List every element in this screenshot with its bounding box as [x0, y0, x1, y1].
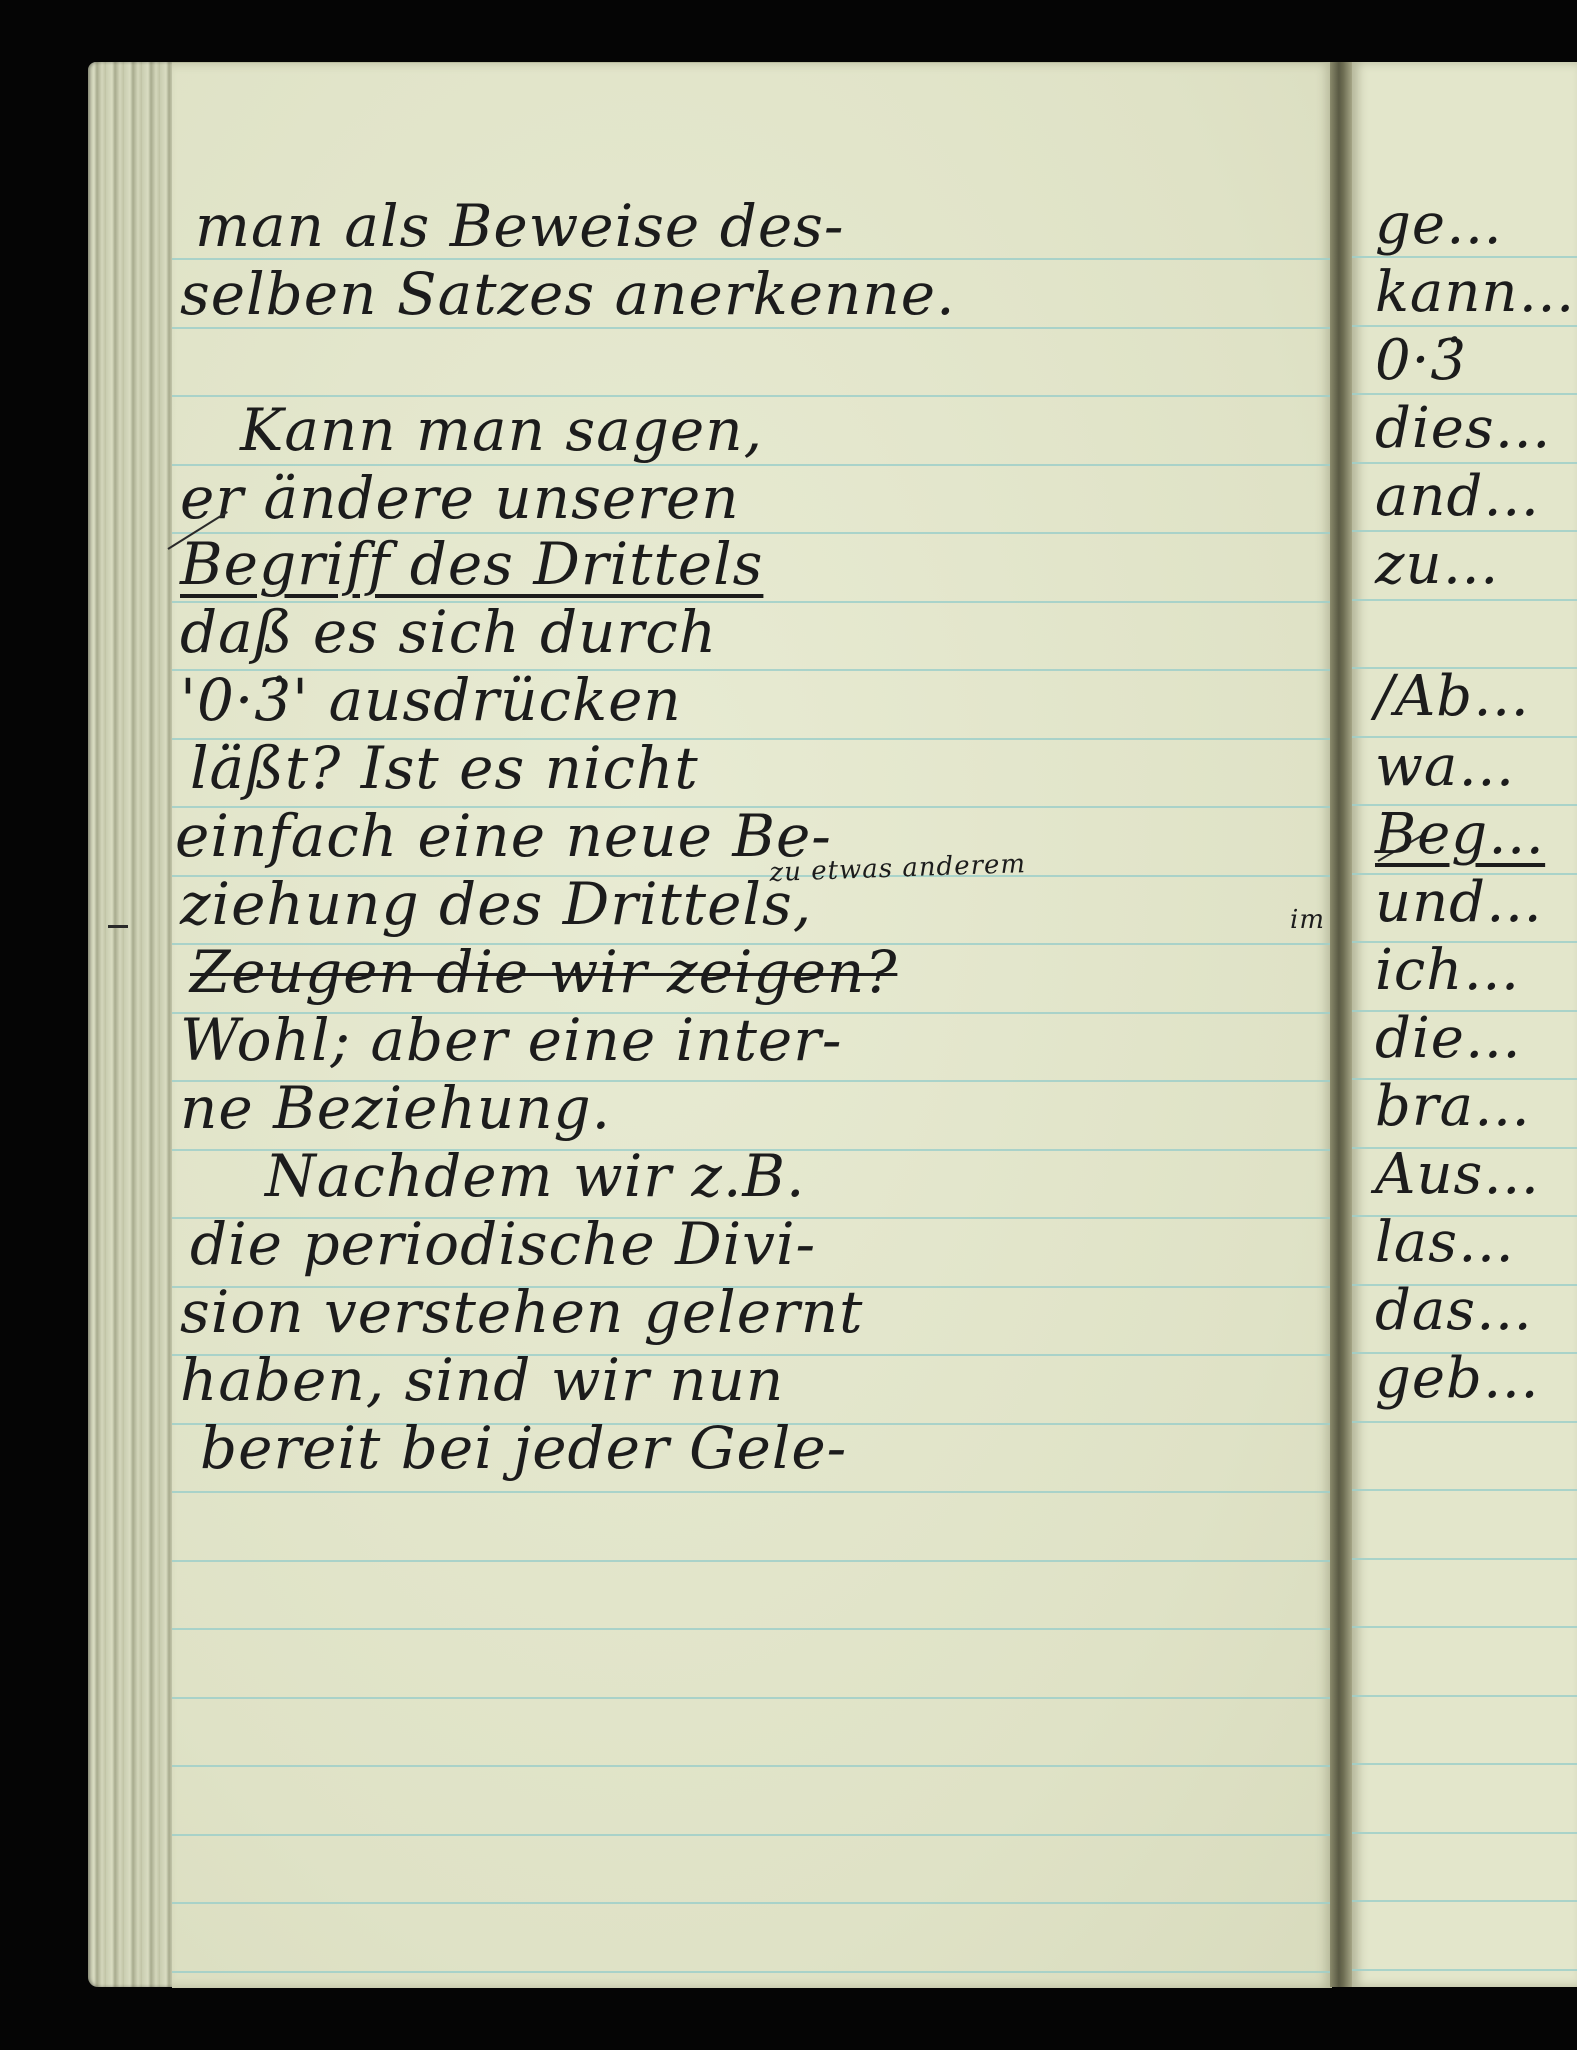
- handwriting-line-9: einfach eine neue Be-: [175, 802, 832, 870]
- right-page-line-9: Beg…: [1375, 802, 1545, 867]
- right-page-line-13: bra…: [1375, 1074, 1531, 1139]
- ruled-line-right: [1352, 1900, 1577, 1902]
- ruled-line-right: [1352, 1763, 1577, 1765]
- ruled-line: [172, 1834, 1330, 1836]
- ruled-line-right: [1352, 1969, 1577, 1971]
- margin-note-im: im: [1290, 905, 1325, 935]
- handwriting-line-1: man als Beweise des-: [195, 192, 845, 260]
- handwriting-line-10: ziehung des Drittels,: [180, 870, 812, 938]
- handwriting-line-2-text: selben Satzes anerkenne.: [180, 260, 956, 328]
- handwriting-line-2: selben Satzes anerkenne.: [180, 260, 956, 328]
- ruled-line: [172, 1491, 1330, 1493]
- right-page-line-11: ich…: [1375, 938, 1520, 1003]
- notebook-gutter: [1330, 62, 1352, 1987]
- right-page-line-1: ge…: [1375, 192, 1503, 257]
- ruled-line-right: [1352, 599, 1577, 601]
- handwriting-line-13: ne Beziehung.: [180, 1074, 611, 1142]
- ruled-line-right: [1352, 1489, 1577, 1491]
- handwriting-line-18: bereit bei jeder Gele-: [200, 1414, 847, 1482]
- ruled-line-right: [1352, 1626, 1577, 1628]
- ruled-line-right: [1352, 1832, 1577, 1834]
- right-page-line-3: 0·3̇: [1375, 328, 1467, 393]
- right-page-line-15: las…: [1375, 1210, 1515, 1275]
- handwriting-line-12: Wohl; aber eine inter-: [180, 1006, 843, 1074]
- right-page-line-12: die…: [1375, 1006, 1522, 1071]
- right-page-line-2: kann…: [1375, 260, 1575, 325]
- right-page-line-6: zu…: [1375, 532, 1500, 597]
- edge-ink-mark: [108, 925, 128, 928]
- handwriting-line-14: Nachdem wir z.B.: [265, 1142, 805, 1210]
- right-page-line-4: dies…: [1375, 396, 1552, 461]
- struck-word: Zeugen die wir zeigen?: [190, 938, 897, 1006]
- handwriting-line-4: er ändere unseren: [180, 464, 740, 532]
- ruled-line: [172, 1902, 1330, 1904]
- right-page-line-17: geb…: [1375, 1346, 1540, 1411]
- ruled-line: [172, 1971, 1330, 1973]
- ruled-line: [172, 1697, 1330, 1699]
- ruled-line-right: [1352, 1695, 1577, 1697]
- right-page-line-5: and…: [1375, 464, 1540, 529]
- ruled-line: [172, 1765, 1330, 1767]
- ruled-line-right: [1352, 1558, 1577, 1560]
- ruled-line: [172, 1628, 1330, 1630]
- ruled-line-right: [1352, 1421, 1577, 1423]
- handwriting-line-8: läßt? Ist es nicht: [190, 734, 699, 802]
- right-page-line-10: und…: [1375, 870, 1543, 935]
- right-page-line-14: Aus…: [1375, 1142, 1540, 1207]
- right-page-line-8: wa…: [1375, 734, 1515, 799]
- handwriting-line-15: die periodische Divi-: [190, 1210, 816, 1278]
- handwriting-line-17: haben, sind wir nun: [180, 1346, 784, 1414]
- handwriting-line-3: Kann man sagen,: [240, 396, 763, 464]
- right-page-line-16: das…: [1375, 1278, 1533, 1343]
- handwriting-line-16: sion verstehen gelernt: [180, 1278, 863, 1346]
- right-page-line-7: /Ab…: [1375, 664, 1530, 729]
- handwriting-line-6: daß es sich durch: [180, 598, 717, 666]
- handwriting-line-5: Begriff des Drittels: [180, 530, 763, 598]
- ruled-line: [172, 1560, 1330, 1562]
- handwriting-line-7: '0·3̇' ausdrücken: [180, 666, 682, 734]
- handwriting-line-11: Zeugen die wir zeigen?: [190, 938, 897, 1006]
- ruled-line-right: [1352, 393, 1577, 395]
